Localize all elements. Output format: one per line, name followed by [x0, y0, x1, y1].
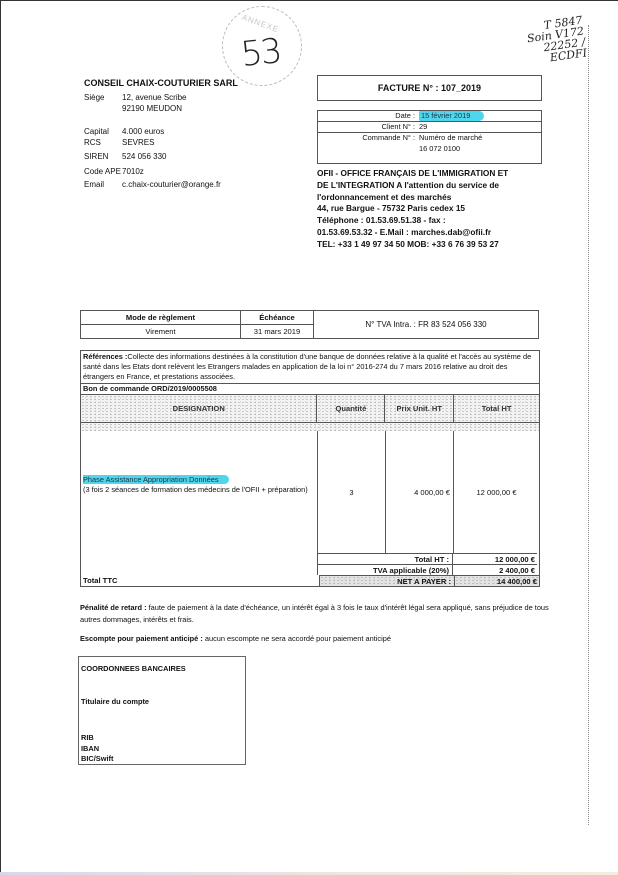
total-ht-value: 12 000,00 €: [452, 553, 537, 564]
line-detail: (3 fois 2 séances de formation des médec…: [83, 485, 308, 494]
invoice-date: 15 février 2019: [419, 111, 484, 121]
rib-label: RIB: [81, 733, 94, 743]
tva-row: TVA applicable (20%) 2 400,00 €: [81, 564, 539, 575]
table-row: Phase Assistance Appropriation Données (…: [81, 431, 539, 553]
date-row: Date : 15 février 2019: [318, 111, 541, 122]
page-border-top: [0, 0, 618, 1]
discount-label: Escompte pour paiement anticipé :: [80, 634, 203, 643]
invoice-lines-table: Références :Collecte des informations de…: [80, 350, 540, 587]
totals-spacer: [81, 553, 317, 564]
due-date: 31 mars 2019: [241, 325, 314, 339]
field-value: 524 056 330: [122, 151, 167, 162]
discount-text: aucun escompte ne sera accordé pour paie…: [203, 634, 391, 643]
stamp-number: 53: [239, 31, 282, 75]
sender-field-email: Email c.chaix-couturier@orange.fr: [84, 179, 221, 190]
field-value: 12, avenue Scribe: [122, 92, 187, 103]
sender-field-capital: Capital 4.000 euros: [84, 126, 164, 137]
date-label: Date :: [318, 111, 419, 121]
annex-stamp: ANNEXE 53: [222, 6, 302, 86]
totals-spacer: [81, 564, 317, 575]
recipient-line: 44, rue Bargue - 75732 Paris cedex 15: [317, 203, 562, 215]
recipient-line: 01.53.69.53.32 - E.Mail : marches.dab@of…: [317, 227, 562, 239]
cell-quantity: 3: [317, 431, 385, 553]
client-row: Client N° : 29: [318, 122, 541, 133]
iban-label: IBAN: [81, 744, 99, 754]
payment-terms-table: Mode de règlement Échéance N° TVA Intra.…: [80, 310, 539, 339]
recipient-line: DE L'INTEGRATION A l'attention du servic…: [317, 180, 562, 192]
field-label: RCS: [84, 137, 122, 148]
late-penalty-clause: Pénalité de retard : faute de paiement à…: [80, 602, 550, 626]
penalty-label: Pénalité de retard :: [80, 603, 147, 612]
tva-label: TVA applicable (20%): [317, 564, 452, 575]
line-title: Phase Assistance Appropriation Données: [83, 475, 229, 484]
sender-name: CONSEIL CHAIX-COUTURIER SARL: [84, 78, 238, 88]
col-total: Total HT: [453, 395, 539, 422]
cell-designation: Phase Assistance Appropriation Données (…: [81, 431, 317, 553]
net-to-pay-row: Total TTC NET A PAYER : 14 400,00 €: [81, 575, 539, 586]
penalty-text: faute de paiement à la date d'échéance, …: [80, 603, 549, 624]
sender-field-siege: Siège 12, avenue Scribe: [84, 92, 187, 103]
tva-value: 2 400,00 €: [452, 564, 537, 575]
recipient-line: TEL: +33 1 49 97 34 50 MOB: +33 6 76 39 …: [317, 239, 562, 251]
sender-field-ape: Code APE 7010z: [84, 166, 144, 177]
vat-number: N° TVA Intra. : FR 83 524 056 330: [314, 311, 539, 339]
table-header: DESIGNATION Quantité Prix Unit. HT Total…: [81, 395, 539, 423]
purchase-order: Bon de commande ORD/2019/0005508: [81, 384, 539, 395]
recipient-address: OFII - OFFICE FRANÇAIS DE L'IMMIGRATION …: [317, 168, 562, 251]
bank-title: COORDONNEES BANCAIRES: [81, 664, 186, 674]
total-ttc-label: Total TTC: [81, 575, 319, 586]
field-value: 4.000 euros: [122, 126, 164, 137]
bank-details-box: COORDONNEES BANCAIRES Titulaire du compt…: [78, 656, 246, 765]
field-value: 92190 MEUDON: [122, 103, 182, 114]
recipient-line: l'ordonnancement et des marchés: [317, 192, 562, 204]
client-label: Client N° :: [318, 122, 419, 132]
col-quantity: Quantité: [316, 395, 384, 422]
field-label: SIREN: [84, 151, 122, 162]
field-value: SEVRES: [122, 137, 154, 148]
field-label: Email: [84, 179, 122, 190]
cell-unit-price: 4 000,00 €: [385, 431, 453, 553]
order-line-2: 16 072 0100: [419, 144, 460, 154]
scan-edge-line: [588, 25, 589, 825]
field-label: Code APE: [84, 166, 122, 177]
account-holder-label: Titulaire du compte: [81, 697, 149, 707]
net-to-pay-label: NET A PAYER :: [319, 575, 454, 586]
field-value: c.chaix-couturier@orange.fr: [122, 179, 221, 190]
header-shading-strip: [81, 423, 539, 431]
order-line-1: Numéro de marché: [419, 133, 482, 143]
recipient-line: OFII - OFFICE FRANÇAIS DE L'IMMIGRATION …: [317, 168, 562, 180]
references-block: Références :Collecte des informations de…: [81, 351, 539, 384]
recipient-line: Téléphone : 01.53.69.51.38 - fax :: [317, 215, 562, 227]
references-label: Références :: [83, 352, 127, 361]
total-ht-label: Total HT :: [317, 553, 452, 564]
sender-field-city: 92190 MEUDON: [84, 103, 182, 114]
order-label-spacer: [318, 144, 419, 154]
discount-clause: Escompte pour paiement anticipé : aucun …: [80, 633, 550, 645]
page-border-left: [0, 0, 1, 875]
invoice-info-box: Date : 15 février 2019 Client N° : 29 Co…: [317, 110, 542, 164]
invoice-number-box: FACTURE N° : 107_2019: [317, 75, 542, 101]
order-row: Commande N° : Numéro de marché: [318, 133, 541, 143]
col-unit-price: Prix Unit. HT: [384, 395, 453, 422]
cell-total: 12 000,00 €: [453, 431, 539, 553]
due-date-header: Échéance: [241, 311, 314, 325]
bic-label: BIC/Swift: [81, 754, 113, 764]
sender-field-rcs: RCS SEVRES: [84, 137, 154, 148]
total-ht-row: Total HT : 12 000,00 €: [81, 553, 539, 564]
field-label: [84, 103, 122, 114]
references-text: Collecte des informations destinées à la…: [83, 352, 531, 381]
client-number: 29: [419, 122, 427, 132]
sender-field-siren: SIREN 524 056 330: [84, 151, 167, 162]
field-label: Siège: [84, 92, 122, 103]
net-to-pay-value: 14 400,00 €: [454, 575, 539, 586]
field-value: 7010z: [122, 166, 144, 177]
handwritten-note: T 5847 Soin V172 22252 / ECDFI: [502, 15, 587, 70]
invoice-title: FACTURE N° : 107_2019: [378, 83, 481, 93]
payment-mode-header: Mode de règlement: [81, 311, 241, 325]
order-label: Commande N° :: [318, 133, 419, 143]
field-label: Capital: [84, 126, 122, 137]
col-designation: DESIGNATION: [81, 395, 316, 422]
payment-mode: Virement: [81, 325, 241, 339]
order-row-2: 16 072 0100: [318, 144, 541, 154]
